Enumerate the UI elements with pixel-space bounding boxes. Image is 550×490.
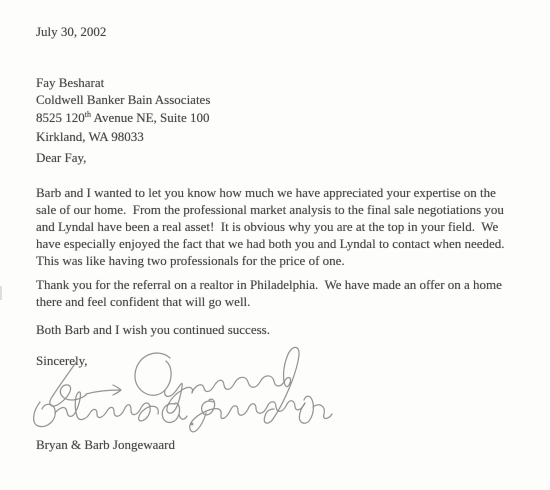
body-line: there and feel confident that will go we… [36, 293, 502, 310]
barbara-signature-path [34, 402, 56, 427]
recipient-name: Fay Besharat [36, 74, 210, 91]
body-line: Thank you for the referral on a realtor … [36, 276, 502, 293]
body-paragraph-1: Barb and I wanted to let you know how mu… [36, 184, 505, 269]
body-line: and Lyndal have been a real asset! It is… [36, 218, 505, 235]
street-ordinal-superscript: th [85, 110, 91, 119]
body-line: have especially enjoyed the fact that we… [36, 235, 505, 252]
barbara-signature [34, 392, 332, 432]
street-number: 8525 120 [36, 110, 85, 125]
recipient-company: Coldwell Banker Bain Associates [36, 91, 210, 108]
barbara-signature-dot [191, 423, 193, 425]
barbara-signature-path [190, 399, 305, 432]
recipient-city-line: Kirkland, WA 98033 [36, 128, 210, 145]
body-paragraph-3: Both Barb and I wish you continued succe… [36, 322, 270, 338]
bryan-signature [50, 347, 299, 423]
barbara-signature-path [55, 392, 158, 421]
body-paragraph-2: Thank you for the referral on a realtor … [36, 276, 502, 310]
scanned-letter-page: July 30, 2002 Fay Besharat Coldwell Bank… [0, 0, 550, 490]
barbara-signature-path [299, 396, 332, 423]
scan-edge-artifact [0, 286, 2, 300]
body-line: Barb and I wanted to let you know how mu… [36, 184, 505, 201]
handwritten-signatures [28, 344, 338, 446]
salutation: Dear Fay, [36, 150, 86, 166]
barbara-signature-path [162, 403, 187, 422]
bryan-signature-path [50, 361, 86, 406]
bryan-signature-path [86, 385, 121, 395]
bryan-signature-path [192, 376, 291, 392]
body-line: This was like having two professionals f… [36, 252, 505, 269]
recipient-street: 8525 120th Avenue NE, Suite 100 [36, 109, 210, 128]
body-line: sale of our home. From the professional … [36, 201, 505, 218]
recipient-address: Fay Besharat Coldwell Banker Bain Associ… [36, 74, 210, 146]
street-rest: Avenue NE, Suite 100 [91, 110, 210, 125]
letter-date: July 30, 2002 [36, 24, 106, 40]
